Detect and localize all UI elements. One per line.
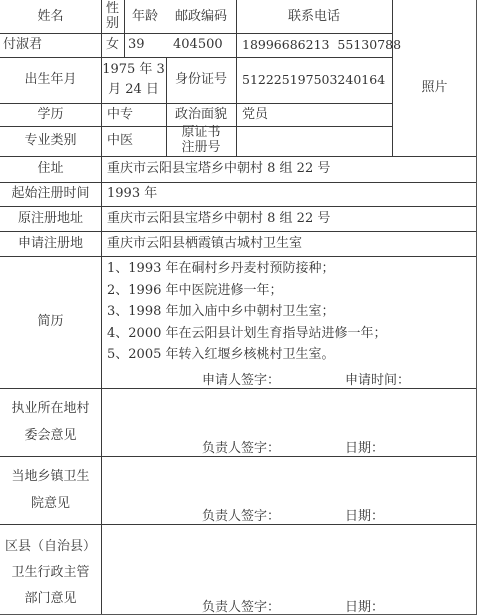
resume-item: 2、1996 年中医院进修一年； bbox=[107, 280, 283, 302]
photo-placeholder: 照片 bbox=[392, 0, 477, 156]
apply-time-label: 申请时间： bbox=[345, 369, 410, 388]
opinion-label-line: 院意见 bbox=[31, 490, 70, 517]
birth-value-line1: 1975 年 3 bbox=[102, 60, 165, 80]
orig-cert-value[interactable] bbox=[236, 126, 392, 156]
opinion-sign-label: 负责人签字： bbox=[202, 505, 280, 524]
initial-reg-time-label: 起始注册时间 bbox=[0, 182, 101, 206]
opinion-label-line: 当地乡镇卫生 bbox=[11, 463, 89, 490]
political-value[interactable]: 党员 bbox=[236, 103, 392, 126]
applicant-sign-label: 申请人签字： bbox=[202, 369, 280, 388]
postcode-header: 邮政编码 bbox=[166, 0, 236, 33]
education-value[interactable]: 中专 bbox=[101, 103, 166, 126]
township-hospital-opinion-label: 当地乡镇卫生 院意见 bbox=[0, 456, 101, 524]
age-header: 年龄 bbox=[124, 0, 166, 33]
opinion-sign-label: 负责人签字： bbox=[202, 596, 280, 615]
opinion-date-label: 日期： bbox=[345, 505, 384, 524]
opinion-date-label: 日期： bbox=[345, 437, 384, 456]
resume-item: 3、1998 年加入庙中乡中朝村卫生室； bbox=[107, 301, 335, 323]
opinion-label-line: 卫生行政主管 bbox=[11, 560, 89, 586]
address-value[interactable]: 重庆市云阳县宝塔乡中朝村 8 组 22 号 bbox=[101, 156, 477, 182]
village-committee-opinion-label: 执业所在地村 委会意见 bbox=[0, 388, 101, 456]
resume-item: 4、2000 年在云阳县计划生育指导站进修一年； bbox=[107, 323, 387, 345]
gender-header: 性别 bbox=[101, 0, 124, 33]
apply-reg-place-value[interactable]: 重庆市云阳县栖霞镇古城村卫生室 bbox=[101, 231, 477, 256]
phone-header: 联系电话 bbox=[236, 0, 392, 33]
specialty-value[interactable]: 中医 bbox=[101, 126, 166, 156]
age-value[interactable]: 39 bbox=[124, 33, 166, 57]
id-value[interactable]: 512225197503240164 bbox=[236, 57, 392, 103]
education-label: 学历 bbox=[0, 103, 101, 126]
registration-form: 姓名 性别 年龄 邮政编码 联系电话 付淑君 女 39 404500 18996… bbox=[0, 0, 479, 616]
resume-content[interactable]: 1、1993 年在硐村乡丹麦村预防接种； 2、1996 年中医院进修一年； 3、… bbox=[101, 256, 477, 388]
birth-label: 出生年月 bbox=[0, 57, 101, 103]
opinion-label-line: 部门意见 bbox=[24, 586, 76, 612]
orig-reg-address-value[interactable]: 重庆市云阳县宝塔乡中朝村 8 组 22 号 bbox=[101, 206, 477, 231]
name-value[interactable]: 付淑君 bbox=[0, 33, 101, 57]
birth-value-line2: 月 24 日 bbox=[108, 80, 159, 100]
gender-header-text: 性别 bbox=[106, 2, 120, 32]
opinion-date-label: 日期： bbox=[345, 596, 384, 615]
gender-value[interactable]: 女 bbox=[101, 33, 124, 57]
initial-reg-time-value[interactable]: 1993 年 bbox=[101, 182, 477, 206]
township-hospital-opinion-field[interactable] bbox=[101, 456, 477, 524]
resume-item: 1、1993 年在硐村乡丹麦村预防接种； bbox=[107, 258, 335, 280]
village-committee-opinion-field[interactable] bbox=[101, 388, 477, 456]
phone-value[interactable]: 18996686213 55130788 bbox=[236, 33, 392, 57]
resume-label: 简历 bbox=[0, 256, 101, 388]
county-health-dept-opinion-label: 区县（自治县） 卫生行政主管 部门意见 bbox=[0, 524, 101, 615]
apply-reg-place-label: 申请注册地 bbox=[0, 231, 101, 256]
opinion-label-line: 委会意见 bbox=[24, 422, 76, 449]
id-label: 身份证号 bbox=[166, 57, 236, 103]
orig-reg-address-label: 原注册地址 bbox=[0, 206, 101, 231]
orig-cert-label-line2: 注册号 bbox=[181, 141, 220, 156]
postcode-value[interactable]: 404500 bbox=[166, 33, 236, 57]
birth-value[interactable]: 1975 年 3 月 24 日 bbox=[101, 57, 166, 103]
orig-cert-label-line1: 原证书 bbox=[181, 126, 220, 141]
orig-cert-label: 原证书 注册号 bbox=[166, 126, 236, 156]
specialty-label: 专业类别 bbox=[0, 126, 101, 156]
opinion-sign-label: 负责人签字： bbox=[202, 437, 280, 456]
address-label: 住址 bbox=[0, 156, 101, 182]
political-label: 政治面貌 bbox=[166, 103, 236, 126]
name-header: 姓名 bbox=[0, 0, 101, 33]
resume-item: 5、2005 年转入红堰乡核桃村卫生室。 bbox=[107, 344, 335, 366]
opinion-label-line: 执业所在地村 bbox=[11, 395, 89, 422]
opinion-label-line: 区县（自治县） bbox=[5, 534, 96, 560]
county-health-dept-opinion-field[interactable] bbox=[101, 524, 477, 615]
